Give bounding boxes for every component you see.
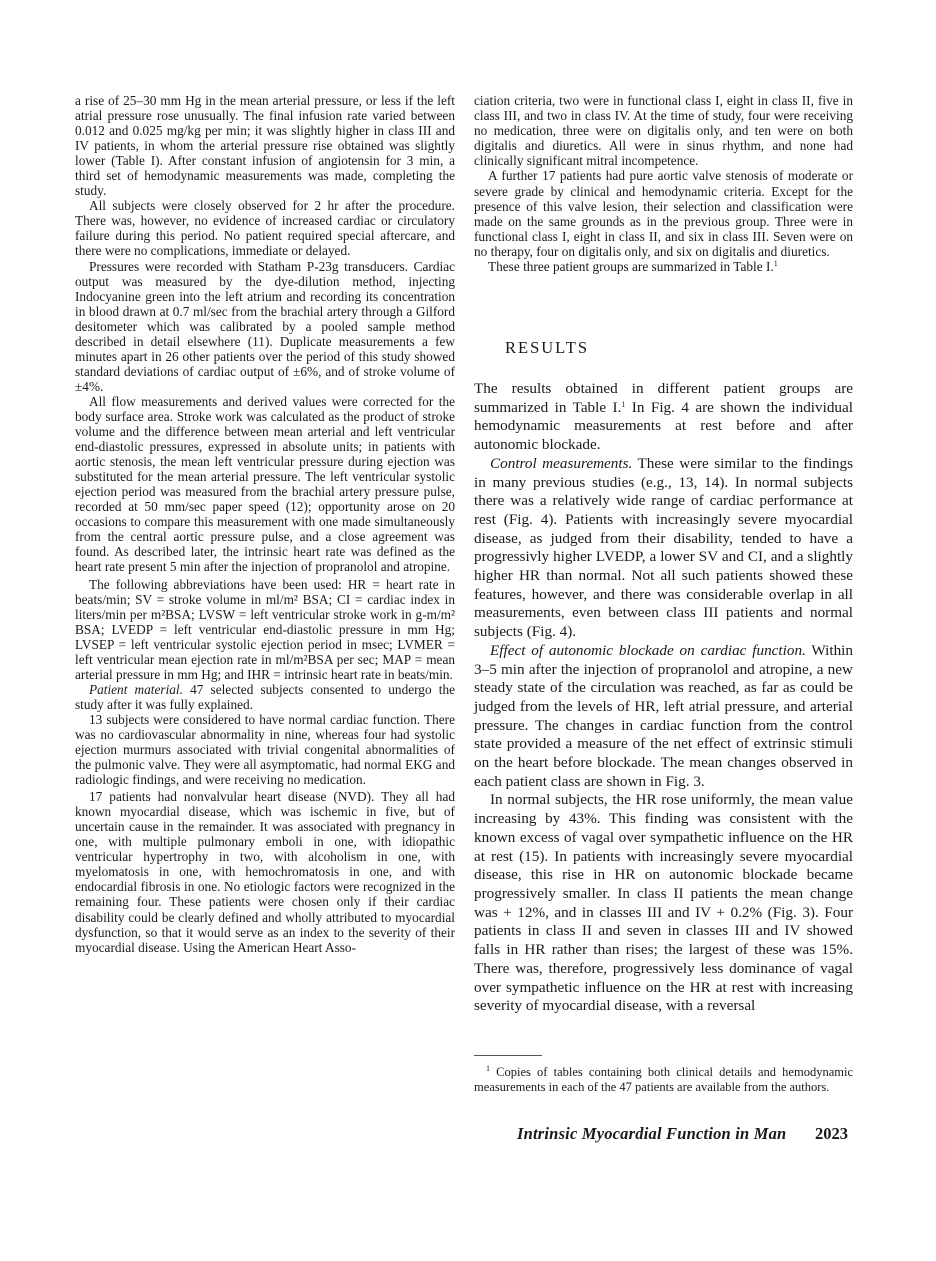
paragraph: All flow measurements and derived values…	[75, 394, 455, 575]
right-column-main: The results obtained in different patien…	[474, 380, 853, 1016]
subsection-heading: Control measurements.	[490, 455, 632, 472]
subsection-heading: Patient material.	[89, 682, 183, 697]
paragraph-text: These three patient groups are summarize…	[488, 259, 774, 274]
paragraph-text: These were similar to the findings in ma…	[474, 455, 853, 640]
footnote: 1 Copies of tables containing both clini…	[474, 1065, 853, 1094]
paragraph: A further 17 patients had pure aortic va…	[474, 168, 853, 259]
running-footer-title: Intrinsic Myocardial Function in Man	[517, 1124, 786, 1144]
paragraph: Pressures were recorded with Statham P-2…	[75, 259, 455, 394]
footnote-divider	[474, 1055, 542, 1056]
footnote-text: Copies of tables containing both clinica…	[474, 1065, 853, 1094]
paragraph: All subjects were closely observed for 2…	[75, 198, 455, 258]
paragraph: In normal subjects, the HR rose uniforml…	[474, 791, 853, 1015]
footnote-ref: 1	[774, 259, 778, 268]
paragraph: a rise of 25–30 mm Hg in the mean arteri…	[75, 93, 455, 198]
paragraph: 13 subjects were considered to have norm…	[75, 712, 455, 787]
paragraph: ciation criteria, two were in functional…	[474, 93, 853, 168]
paragraph-text: Within 3–5 min after the injection of pr…	[474, 642, 853, 790]
paragraph: The results obtained in different patien…	[474, 380, 853, 455]
page-number: 2023	[815, 1124, 848, 1144]
paragraph: Patient material. 47 selected subjects c…	[75, 682, 455, 712]
left-column: a rise of 25–30 mm Hg in the mean arteri…	[75, 93, 455, 955]
paragraph: Effect of autonomic blockade on cardiac …	[474, 642, 853, 792]
paragraph: 17 patients had nonvalvular heart diseas…	[75, 789, 455, 955]
paragraph: The following abbreviations have been us…	[75, 577, 455, 682]
subsection-heading: Effect of autonomic blockade on cardiac …	[490, 642, 806, 659]
paragraph: Control measurements. These were similar…	[474, 455, 853, 642]
section-heading-results: RESULTS	[505, 338, 589, 358]
paragraph: These three patient groups are summarize…	[474, 259, 853, 274]
right-column-top: ciation criteria, two were in functional…	[474, 93, 853, 274]
